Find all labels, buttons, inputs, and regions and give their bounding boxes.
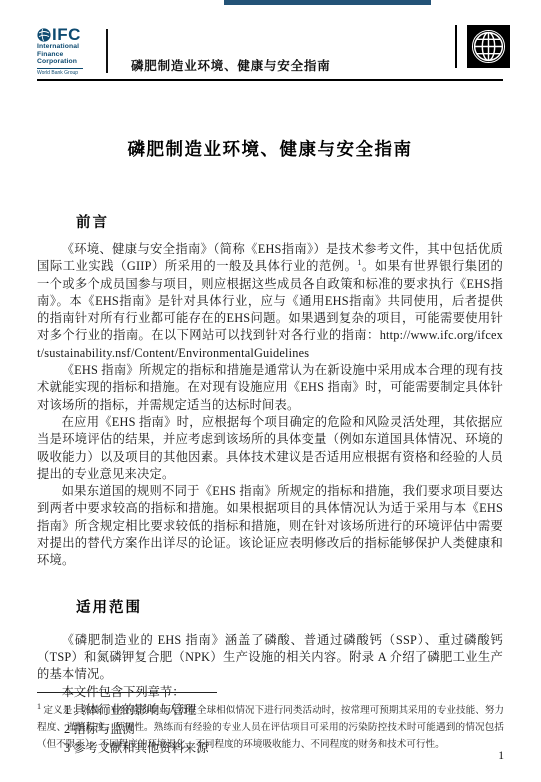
document-content: 磷肥制造业环境、健康与安全指南 前言 《环境、健康与安全指南》（简称《EHS指南… <box>37 128 503 758</box>
foreword-paragraph-4: 如果东道国的规则不同于《EHS 指南》所规定的指标和措施，我们要求项目要达到两者… <box>37 483 503 569</box>
section-heading-scope: 适用范围 <box>76 598 503 618</box>
foreword-paragraph-1: 《环境、健康与安全指南》（简称《EHS指南》）是技术参考文件，其中包括优质国际工… <box>37 241 503 362</box>
footnote-separator <box>37 692 217 693</box>
page-number: 1 <box>498 750 504 762</box>
header-vertical-divider-right <box>455 25 457 68</box>
ifc-logo-wordmark: International Finance Corporation <box>37 43 107 66</box>
footnote-block: 1 定义是：熟练而有经验的专业人员在全球相似情况下进行同类活动时，按常理可预期其… <box>37 692 504 753</box>
footnote-marker-1: 1 <box>37 702 41 711</box>
document-page: IFC International Finance Corporation Wo… <box>0 0 541 782</box>
world-bank-globe-icon <box>467 25 510 68</box>
header-doc-title: 磷肥制造业环境、健康与安全指南 <box>131 56 331 74</box>
ifc-word-corporation: Corporation <box>37 58 107 66</box>
scope-paragraph-1: 《磷肥制造业的 EHS 指南》涵盖了磷酸、普通过磷酸钙（SSP）、重过磷酸钙（T… <box>37 632 503 684</box>
footnote-text: 1 定义是：熟练而有经验的专业人员在全球相似情况下进行同类活动时，按常理可预期其… <box>37 702 504 753</box>
ifc-globe-icon <box>37 28 51 42</box>
header-rule <box>37 79 503 81</box>
ifc-logo-row: IFC <box>37 26 107 43</box>
top-accent-bar <box>224 0 431 5</box>
page-title: 磷肥制造业环境、健康与安全指南 <box>37 136 503 161</box>
foreword-paragraph-2: 《EHS 指南》所规定的指标和措施是通常认为在新设施中采用成本合理的现有技术就能… <box>37 362 503 414</box>
ifc-logo: IFC International Finance Corporation Wo… <box>37 26 107 76</box>
section-heading-foreword: 前言 <box>76 213 503 233</box>
world-bank-group-tagline: World Bank Group <box>37 68 83 76</box>
ifc-word-finance: Finance <box>37 51 107 59</box>
header-vertical-divider-left <box>106 29 108 73</box>
ifc-acronym: IFC <box>52 26 81 43</box>
ifc-word-international: International <box>37 43 107 51</box>
footnote-definition: 定义是：熟练而有经验的专业人员在全球相似情况下进行同类活动时，按常理可预期其采用… <box>37 705 504 750</box>
foreword-paragraph-3: 在应用《EHS 指南》时，应根据每个项目确定的危险和风险灵活处理，其依据应当是环… <box>37 414 503 483</box>
